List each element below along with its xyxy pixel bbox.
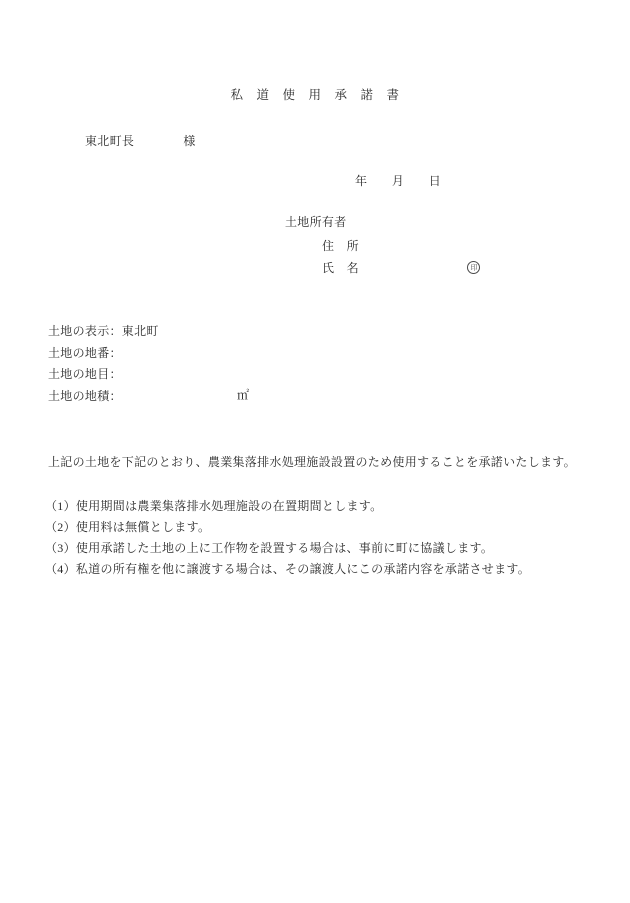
page-title: 私 道 使 用 承 諾 書 <box>0 88 630 103</box>
condition-item-3: （3）使用承諾した土地の上に工作物を設置する場合は、事前に町に協議します。 <box>45 541 493 555</box>
land-display-line: 土地の表示：東北町 <box>48 324 159 338</box>
landowner-address-label: 住 所 <box>322 239 359 253</box>
area-unit: ㎡ <box>237 388 249 402</box>
condition-item-2: （2）使用料は無償とします。 <box>45 520 210 534</box>
seal-char: 印 <box>470 264 477 271</box>
condition-item-1: （1）使用期間は農業集落排水処理施設の在置期間とします。 <box>45 499 382 513</box>
land-area-line: 土地の地積： <box>48 389 122 403</box>
condition-item-4: （4）私道の所有権を他に譲渡する場合は、その譲渡人にこの承諾内容を承諾させます。 <box>45 562 530 576</box>
land-lot-number-line: 土地の地番： <box>48 346 122 360</box>
landowner-label: 土地所有者 <box>285 215 347 229</box>
date-line: 年 月 日 <box>355 174 441 188</box>
addressee-line: 東北町長 様 <box>85 134 196 148</box>
land-category-line: 土地の地目： <box>48 367 122 381</box>
seal-icon: 印 <box>467 261 480 274</box>
document-page: 私 道 使 用 承 諾 書 東北町長 様 年 月 日 土地所有者 住 所 氏 名… <box>0 0 630 903</box>
consent-statement: 上記の土地を下記のとおり、農業集落排水処理施設設置のため使用することを承諾いたし… <box>48 455 576 469</box>
landowner-name-label: 氏 名 <box>322 261 359 275</box>
